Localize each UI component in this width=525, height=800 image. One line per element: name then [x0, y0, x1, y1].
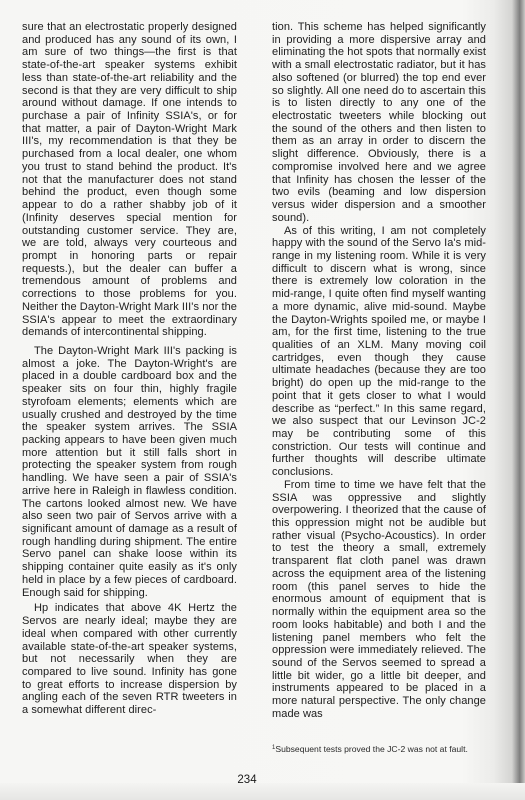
text-column-left: sure that an electrostatic properly desi… — [22, 21, 237, 717]
footnote-text: Subsequent tests proved the JC-2 was not… — [275, 744, 468, 754]
paragraph: Hp indicates that above 4K Hertz the Ser… — [22, 602, 237, 716]
text-column-right: tion. This scheme has helped significant… — [272, 21, 486, 721]
page-bottom-edge — [0, 783, 525, 800]
paragraph: sure that an electrostatic properly desi… — [22, 21, 237, 339]
paragraph: The Dayton-Wright Mark III's packing is … — [22, 345, 237, 599]
document-page: sure that an electrostatic properly desi… — [0, 0, 525, 800]
paragraph: tion. This scheme has helped significant… — [272, 21, 486, 225]
paragraph: As of this writing, I am not completely … — [272, 225, 486, 479]
paragraph: From time to time we have felt that the … — [272, 479, 486, 721]
footnote: 1Subsequent tests proved the JC-2 was no… — [272, 743, 486, 755]
